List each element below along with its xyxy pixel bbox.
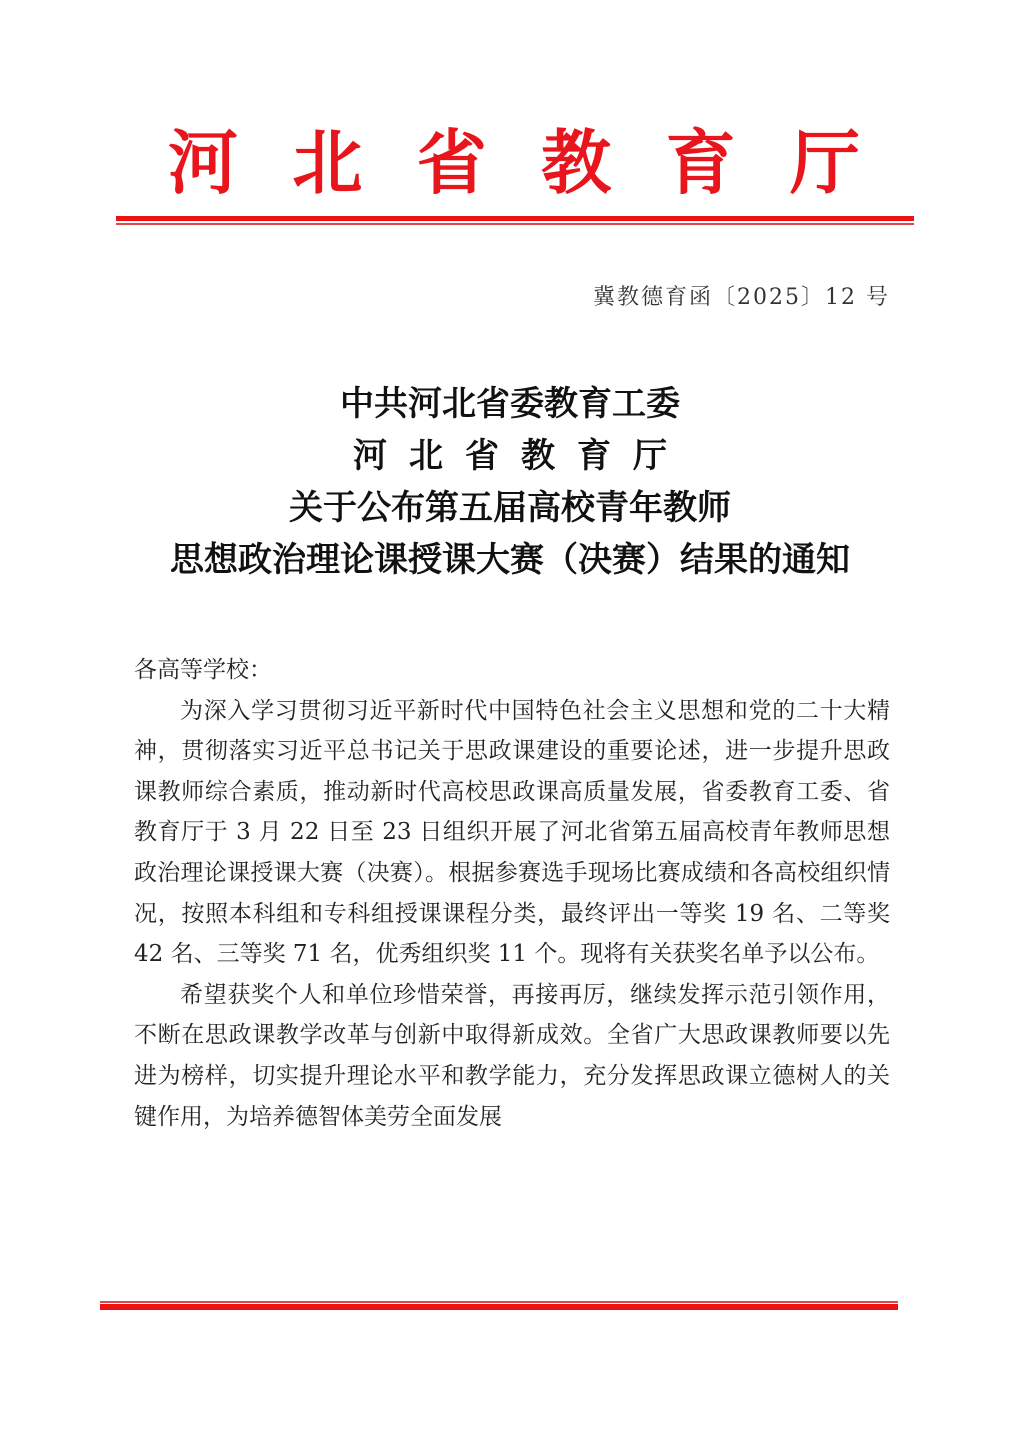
salutation: 各高等学校： bbox=[134, 650, 890, 691]
masthead-char: 省 bbox=[417, 128, 487, 198]
thick-line bbox=[116, 216, 914, 221]
title-line-1: 中共河北省委教育工委 bbox=[120, 378, 900, 430]
thin-line bbox=[100, 1301, 898, 1303]
title-line-3: 关于公布第五届高校青年教师 bbox=[120, 482, 900, 534]
masthead-char: 教 bbox=[541, 128, 611, 198]
bottom-red-divider bbox=[100, 1301, 898, 1311]
document-body: 各高等学校： 为深入学习贯彻习近平新时代中国特色社会主义思想和党的二十大精神，贯… bbox=[134, 650, 890, 1137]
masthead-char: 北 bbox=[292, 128, 362, 198]
thin-line bbox=[116, 223, 914, 225]
title-line-4: 思想政治理论课授课大赛（决赛）结果的通知 bbox=[120, 534, 900, 586]
title-line-2: 河北省教育厅 bbox=[120, 430, 900, 482]
masthead-char: 育 bbox=[666, 128, 736, 198]
paragraph-1: 为深入学习贯彻习近平新时代中国特色社会主义思想和党的二十大精神，贯彻落实习近平总… bbox=[134, 691, 890, 975]
masthead-char: 河 bbox=[168, 128, 238, 198]
thick-line bbox=[100, 1304, 898, 1310]
masthead-char: 厅 bbox=[790, 128, 860, 198]
paragraph-2: 希望获奖个人和单位珍惜荣誉，再接再厉，继续发挥示范引领作用，不断在思政课教学改革… bbox=[134, 975, 890, 1137]
top-red-divider bbox=[116, 216, 914, 226]
issuer-masthead: 河 北 省 教 育 厅 bbox=[116, 118, 914, 208]
document-number: 冀教德育函〔2025〕12 号 bbox=[593, 280, 890, 311]
document-title: 中共河北省委教育工委 河北省教育厅 关于公布第五届高校青年教师 思想政治理论课授… bbox=[120, 378, 900, 586]
